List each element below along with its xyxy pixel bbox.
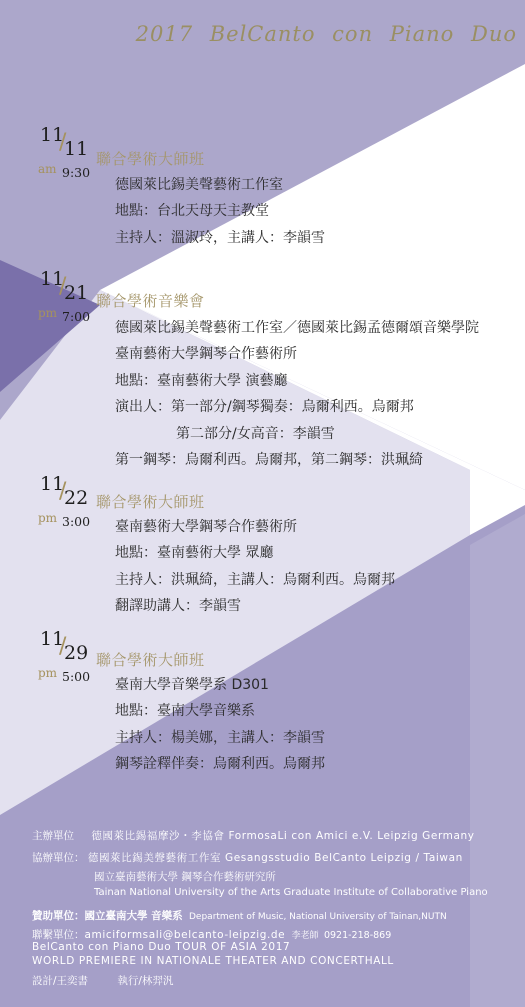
detail-line: 地點：臺南藝術大學 演藝廳 xyxy=(115,368,479,394)
event-date: 11 / 29 pm 5:00 xyxy=(36,628,98,688)
event-title: 聯合學術音樂會 xyxy=(96,290,205,311)
contact-email: amiciformsali@belcanto-leipzig.de xyxy=(85,929,286,941)
contact-row: 聯繫單位：amiciformsali@belcanto-leipzig.de 李… xyxy=(32,927,391,942)
date-day: 11 xyxy=(64,138,88,160)
date-time: 7:00 xyxy=(62,309,90,324)
co-organizer-label: 協辦單位： xyxy=(32,850,85,865)
detail-line: 德國萊比錫美聲藝術工作室 xyxy=(115,172,325,198)
tour-line: BelCanto con Piano Duo TOUR OF ASIA 2017 xyxy=(32,941,290,953)
date-day: 21 xyxy=(64,282,88,304)
organizer-value: 德國萊比錫福摩沙・李協會 FormosaLi con Amici e.V. Le… xyxy=(91,830,474,842)
poster-title: 2017 BelCanto con Piano Duo xyxy=(136,22,517,46)
organizer-label: 主辦單位 xyxy=(32,828,74,843)
sponsor-value: 國立臺南大學 音樂系 xyxy=(85,910,183,922)
detail-line: 第二部分/女高音：李韻雪 xyxy=(115,421,479,447)
contact-label: 聯繫單位： xyxy=(32,929,85,941)
contact-person: 李老師 xyxy=(292,931,319,941)
event-title: 聯合學術大師班 xyxy=(96,649,205,670)
co-organizer-row-3: Tainan National University of the Arts G… xyxy=(94,887,488,898)
detail-line: 主持人：洪珮綺，主講人：烏爾利西。烏爾邦 xyxy=(115,567,395,593)
co-organizer-value: 德國萊比錫美聲藝術工作室 Gesangsstudio BelCanto Leip… xyxy=(88,852,463,864)
date-time: 5:00 xyxy=(62,669,90,684)
date-day: 29 xyxy=(64,642,88,664)
organizer-row: 主辦單位 德國萊比錫福摩沙・李協會 FormosaLi con Amici e.… xyxy=(32,828,475,843)
event-details: 臺南大學音樂學系 D301 地點：臺南大學音樂系 主持人：楊美娜，主講人：李韻雪… xyxy=(115,672,325,778)
detail-line: 臺南藝術大學鋼琴合作藝術所 xyxy=(115,341,479,367)
premiere-line: WORLD PREMIERE IN NATIONALE THEATER AND … xyxy=(32,955,394,967)
co-organizer-row: 協辦單位： 德國萊比錫美聲藝術工作室 Gesangsstudio BelCant… xyxy=(32,850,463,865)
detail-line: 主持人：溫淑玲，主講人：李韻雪 xyxy=(115,225,325,251)
sponsor-english: Department of Music, National University… xyxy=(189,912,447,922)
date-time: 9:30 xyxy=(62,165,90,180)
date-ampm: pm xyxy=(38,511,57,525)
detail-line: 臺南大學音樂學系 D301 xyxy=(115,672,325,698)
event-date: 11 / 22 pm 3:00 xyxy=(36,473,98,533)
event-date: 11 / 11 am 9:30 xyxy=(36,124,98,184)
staff-row: 設計/王奕書 執行/林羿汎 xyxy=(32,973,173,988)
detail-line: 德國萊比錫美聲藝術工作室／德國萊比錫孟德爾頌音樂學院 xyxy=(115,315,479,341)
detail-line: 地點：臺南藝術大學 眾廳 xyxy=(115,540,395,566)
co-organizer-row-2: 國立臺南藝術大學 鋼琴合作藝術研究所 xyxy=(94,869,276,884)
date-ampm: pm xyxy=(38,306,57,320)
date-time: 3:00 xyxy=(62,514,90,529)
event-details: 臺南藝術大學鋼琴合作藝術所 地點：臺南藝術大學 眾廳 主持人：洪珮綺，主講人：烏… xyxy=(115,514,395,620)
detail-line: 主持人：楊美娜，主講人：李韻雪 xyxy=(115,725,325,751)
date-ampm: pm xyxy=(38,666,57,680)
date-day: 22 xyxy=(64,487,88,509)
detail-line: 演出人：第一部分/鋼琴獨奏：烏爾利西。烏爾邦 xyxy=(115,394,479,420)
detail-line: 臺南藝術大學鋼琴合作藝術所 xyxy=(115,514,395,540)
detail-line: 地點：臺南大學音樂系 xyxy=(115,698,325,724)
detail-line: 翻譯助講人：李韻雪 xyxy=(115,593,395,619)
execution-credit: 執行/林羿汎 xyxy=(117,975,173,987)
detail-line: 鋼琴詮釋伴奏：烏爾利西。烏爾邦 xyxy=(115,751,325,777)
event-title: 聯合學術大師班 xyxy=(96,148,205,169)
event-date: 11 / 21 pm 7:00 xyxy=(36,268,98,328)
event-title: 聯合學術大師班 xyxy=(96,491,205,512)
sponsor-row: 贊助單位：國立臺南大學 音樂系 Department of Music, Nat… xyxy=(32,908,447,923)
detail-line: 第一鋼琴：烏爾利西。烏爾邦，第二鋼琴：洪珮綺 xyxy=(115,447,479,473)
detail-line: 地點：台北天母天主教堂 xyxy=(115,198,325,224)
event-details: 德國萊比錫美聲藝術工作室／德國萊比錫孟德爾頌音樂學院 臺南藝術大學鋼琴合作藝術所… xyxy=(115,315,479,473)
contact-phone: 0921-218-869 xyxy=(324,930,391,941)
event-details: 德國萊比錫美聲藝術工作室 地點：台北天母天主教堂 主持人：溫淑玲，主講人：李韻雪 xyxy=(115,172,325,251)
date-ampm: am xyxy=(38,162,57,176)
sponsor-label: 贊助單位： xyxy=(32,910,85,922)
design-credit: 設計/王奕書 xyxy=(32,975,88,987)
